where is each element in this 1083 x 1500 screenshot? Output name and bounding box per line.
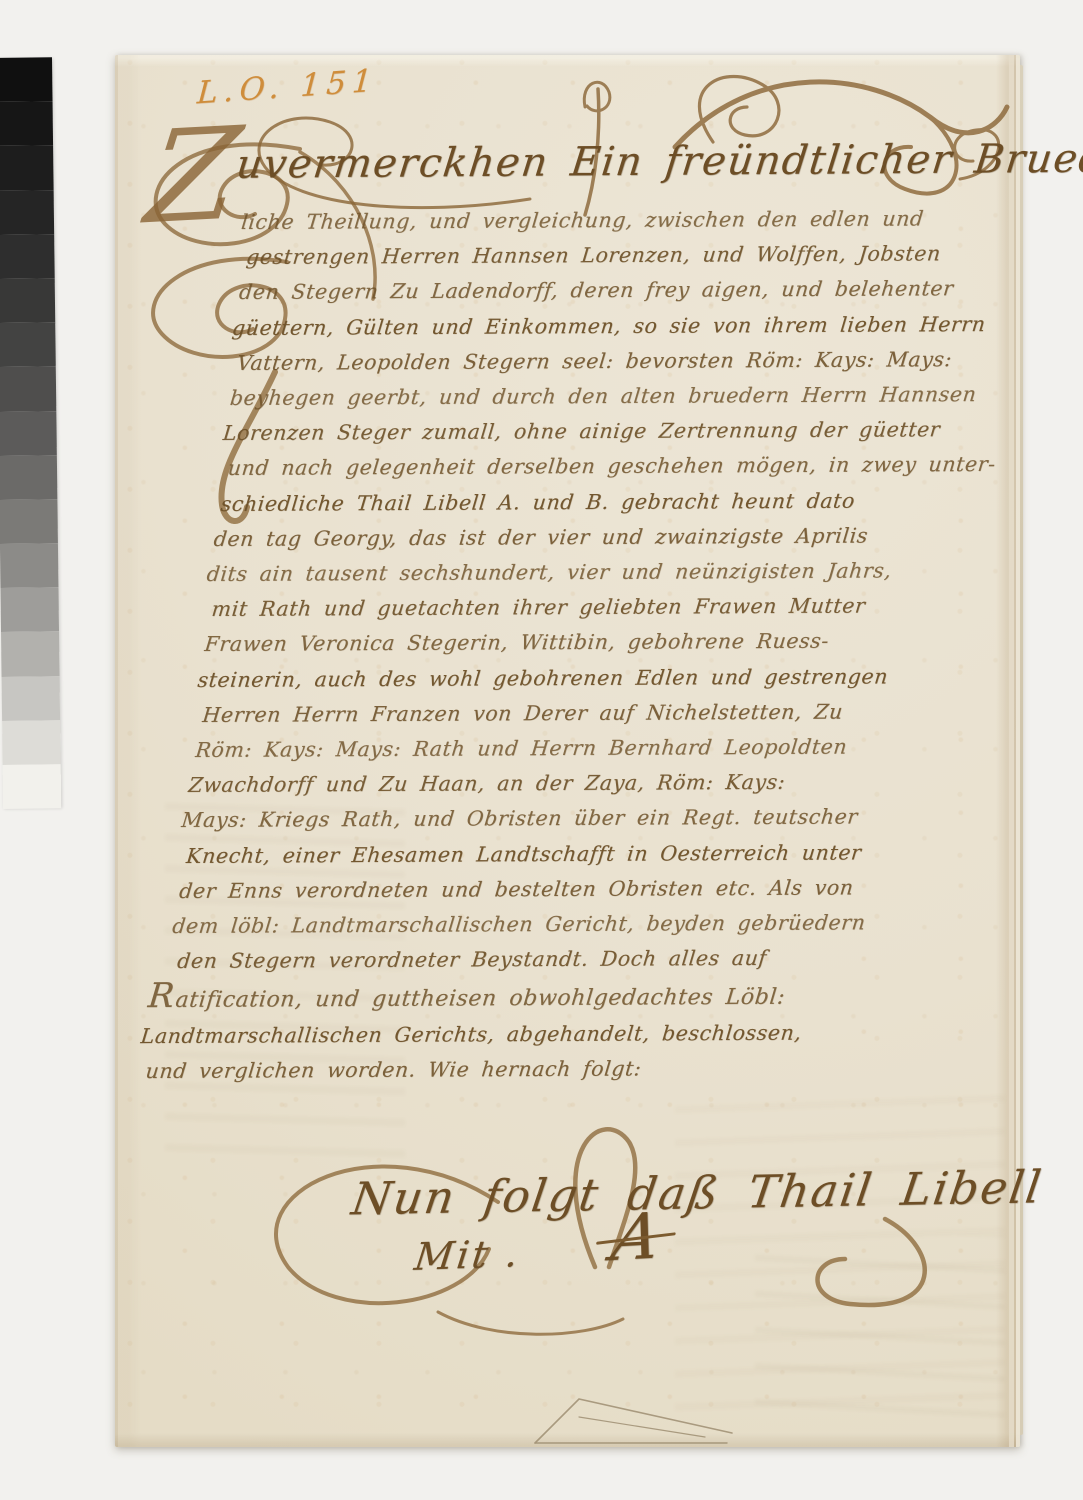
calibration-step (0, 278, 55, 323)
grayscale-calibration-strip (0, 57, 61, 808)
calibration-step (3, 764, 62, 809)
manuscript-line: liche Theillung, und vergleichung, zwisc… (239, 201, 1015, 240)
page-stack-edge (1020, 65, 1023, 1435)
manuscript-line: Mays: Kriegs Rath, und Obristen über ein… (180, 799, 956, 838)
manuscript-line: schiedliche Thail Libell A. und B. gebra… (219, 483, 987, 522)
calibration-step (2, 676, 61, 721)
manuscript-line: güettern, Gülten und Einkommen, so sie v… (230, 307, 1005, 346)
manuscript-line: Lorenzen Steger zumall, ohne ainige Zert… (221, 412, 994, 451)
photograph-background: L.O. 151 Z uvermerckhen Ein freü (0, 0, 1083, 1500)
manuscript-line: Knecht, einer Ehesamen Landtschafft in O… (185, 835, 953, 874)
heading-line: uvermerckhen Ein freündtlicher Brueder, (234, 136, 1020, 187)
calibration-step (0, 57, 53, 102)
manuscript-line: gestrengen Herren Hannsen Lorenzen, und … (244, 236, 1012, 275)
calibration-step (0, 367, 56, 412)
manuscript-line: Frawen Veronica Stegerin, Wittibin, gebo… (203, 623, 973, 662)
calibration-step (1, 632, 60, 677)
manuscript-line: den Stegern verordneter Beystandt. Doch … (175, 940, 941, 979)
calibration-step (0, 146, 54, 191)
manuscript-line: beyhegen geerbt, und durch den alten bru… (228, 377, 998, 416)
manuscript-line: und nach gelegenheit derselben geschehen… (226, 447, 991, 486)
manuscript-page: L.O. 151 Z uvermerckhen Ein freü (115, 55, 1020, 1447)
calibration-step (0, 101, 53, 146)
manuscript-line: Herren Herrn Franzen von Derer auf Niche… (201, 694, 966, 733)
calligraphic-flourish-closing (193, 1107, 983, 1352)
manuscript-line: Zwachdorff und Zu Haan, an der Zaya, Röm… (187, 764, 959, 803)
calibration-step (2, 720, 61, 765)
closing-line: Nun folgt daß Thail Libell (348, 1162, 977, 1226)
manuscript-line: steinerin, auch des wohl gebohrenen Edle… (196, 659, 970, 698)
manuscript-line: dits ain tausent sechshundert, vier und … (205, 553, 980, 592)
manuscript-line: den tag Georgy, das ist der vier und zwa… (212, 518, 984, 557)
calibration-step (0, 322, 56, 367)
manuscript-line: Ratification, und guttheisen obwohlgedac… (146, 975, 938, 1018)
calibration-step (0, 234, 55, 279)
manuscript-line: der Enns verordneten und bestelten Obris… (178, 870, 949, 909)
calibration-step (0, 190, 54, 235)
calibration-step (0, 455, 57, 500)
manuscript-line: Vattern, Leopolden Stegern seel: bevorst… (235, 342, 1001, 381)
manuscript-line: mit Rath und guetachten ihrer geliebten … (210, 588, 977, 627)
paper-fold-mark (527, 1393, 747, 1451)
body-text: liche Theillung, und vergleichung, zwisc… (155, 201, 1016, 1089)
calibration-step (0, 588, 59, 633)
manuscript-line: Röm: Kays: Mays: Rath und Herrn Bernhard… (194, 729, 963, 768)
manuscript-line: dem löbl: Landtmarschallischen Gericht, … (171, 905, 946, 944)
calibration-step (0, 411, 57, 456)
manuscript-line: und verglichen worden. Wie hernach folgt… (144, 1050, 931, 1089)
closing-mit-label: Mit . (412, 1231, 523, 1279)
manuscript-line: Landtmarschallischen Gerichts, abgehande… (139, 1015, 934, 1054)
calibration-step (0, 499, 58, 544)
manuscript-line: den Stegern Zu Ladendorff, deren frey ai… (237, 271, 1008, 310)
calibration-step (0, 543, 58, 588)
